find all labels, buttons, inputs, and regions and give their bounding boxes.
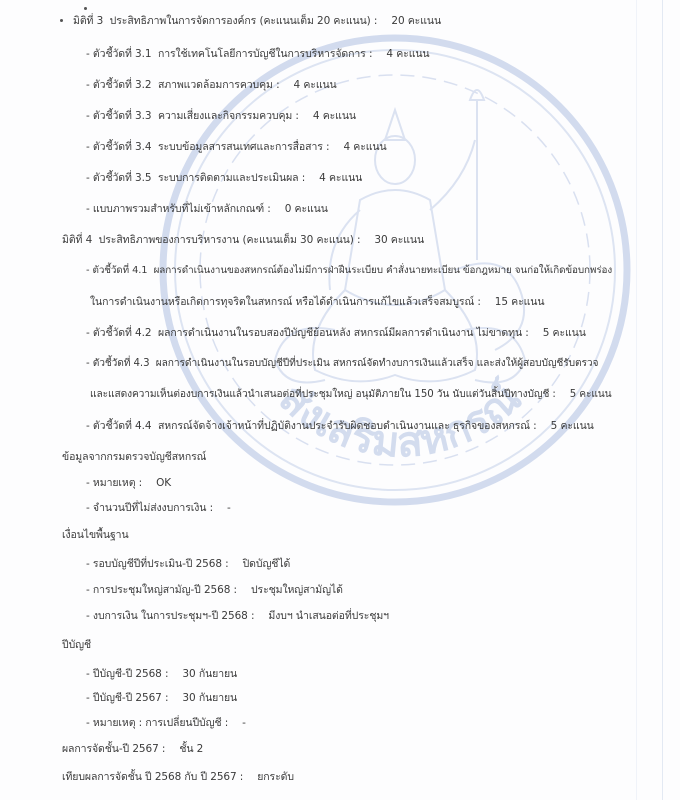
fiscal-year-2568: - ปีบัญชี-ปี 2568 :30 กันยายน [86,667,237,681]
indicator-4-1: - ตัวชี้วัดที่ 4.1 ผลการดำเนินงานของสหกร… [86,264,612,278]
condition-accounting-round: - รอบบัญชีปีที่ประเมิน-ปี 2568 :ปิดบัญชี… [86,557,290,571]
indicator-4-3-continued: และแสดงความเห็นต่องบการเงินแล้วนำเสนอต่อ… [90,388,612,402]
fiscal-year-heading: ปีบัญชี [62,638,91,652]
fiscal-year-2567: - ปีบัญชี-ปี 2567 :30 กันยายน [86,691,237,705]
scan-edge-line [636,0,637,800]
indicator-4-1-continued: ในการดำเนินงานหรือเกิดการทุจริตในสหกรณ์ … [90,295,544,309]
indicator-3-4: - ตัวชี้วัดที่ 3.4 ระบบข้อมูลสารสนเทศและ… [86,140,387,154]
overall-non-criteria: - แบบภาพรวมสำหรับที่ไม่เข้าหลักเกณฑ์ :0 … [86,202,328,216]
scan-edge-line [662,0,663,800]
condition-financial-statement: - งบการเงิน ในการประชุมฯ-ปี 2568 :มีงบฯ … [86,609,389,623]
audit-note: - หมายเหตุ :OK [86,476,171,490]
audit-info-heading: ข้อมูลจากกรมตรวจบัญชีสหกรณ์ [62,450,206,464]
bullet-dot [60,19,63,22]
dimension-3-heading: มิติที่ 3 ประสิทธิภาพในการจัดการองค์กร (… [73,14,441,28]
base-conditions-heading: เงื่อนไขพื้นฐาน [62,528,129,542]
bullet-dot [84,7,87,10]
indicator-3-1: - ตัวชี้วัดที่ 3.1 การใช้เทคโนโลยีการบัญ… [86,47,430,61]
ranking-2567: ผลการจัดชั้น-ปี 2567 :ชั้น 2 [62,742,203,756]
condition-general-meeting: - การประชุมใหญ่สามัญ-ปี 2568 :ประชุมใหญ่… [86,583,343,597]
document-page: ส่งเสริมสหกรณ์ มิติที่ 3 ประสิทธิภาพในกา… [0,0,680,800]
ranking-comparison: เทียบผลการจัดชั้น ปี 2568 กับ ปี 2567 :ย… [62,770,294,784]
indicator-4-4: - ตัวชี้วัดที่ 4.4 สหกรณ์จัดจ้างเจ้าหน้า… [86,419,594,433]
indicator-3-5: - ตัวชี้วัดที่ 3.5 ระบบการติดตามและประเม… [86,171,362,185]
indicator-3-2: - ตัวชี้วัดที่ 3.2 สภาพแวดล้อมการควบคุม … [86,78,337,92]
indicator-3-3: - ตัวชี้วัดที่ 3.3 ความเสี่ยงและกิจกรรมค… [86,109,356,123]
fiscal-year-change-note: - หมายเหตุ : การเปลี่ยนปีบัญชี :- [86,716,246,730]
years-not-submitted: - จำนวนปีที่ไม่ส่งงบการเงิน :- [86,501,231,515]
indicator-4-3: - ตัวชี้วัดที่ 4.3 ผลการดำเนินงานในรอบบั… [86,357,598,371]
dimension-4-heading: มิติที่ 4 ประสิทธิภาพของการบริหารงาน (คะ… [62,233,424,247]
indicator-4-2: - ตัวชี้วัดที่ 4.2 ผลการดำเนินงานในรอบสอ… [86,326,586,340]
